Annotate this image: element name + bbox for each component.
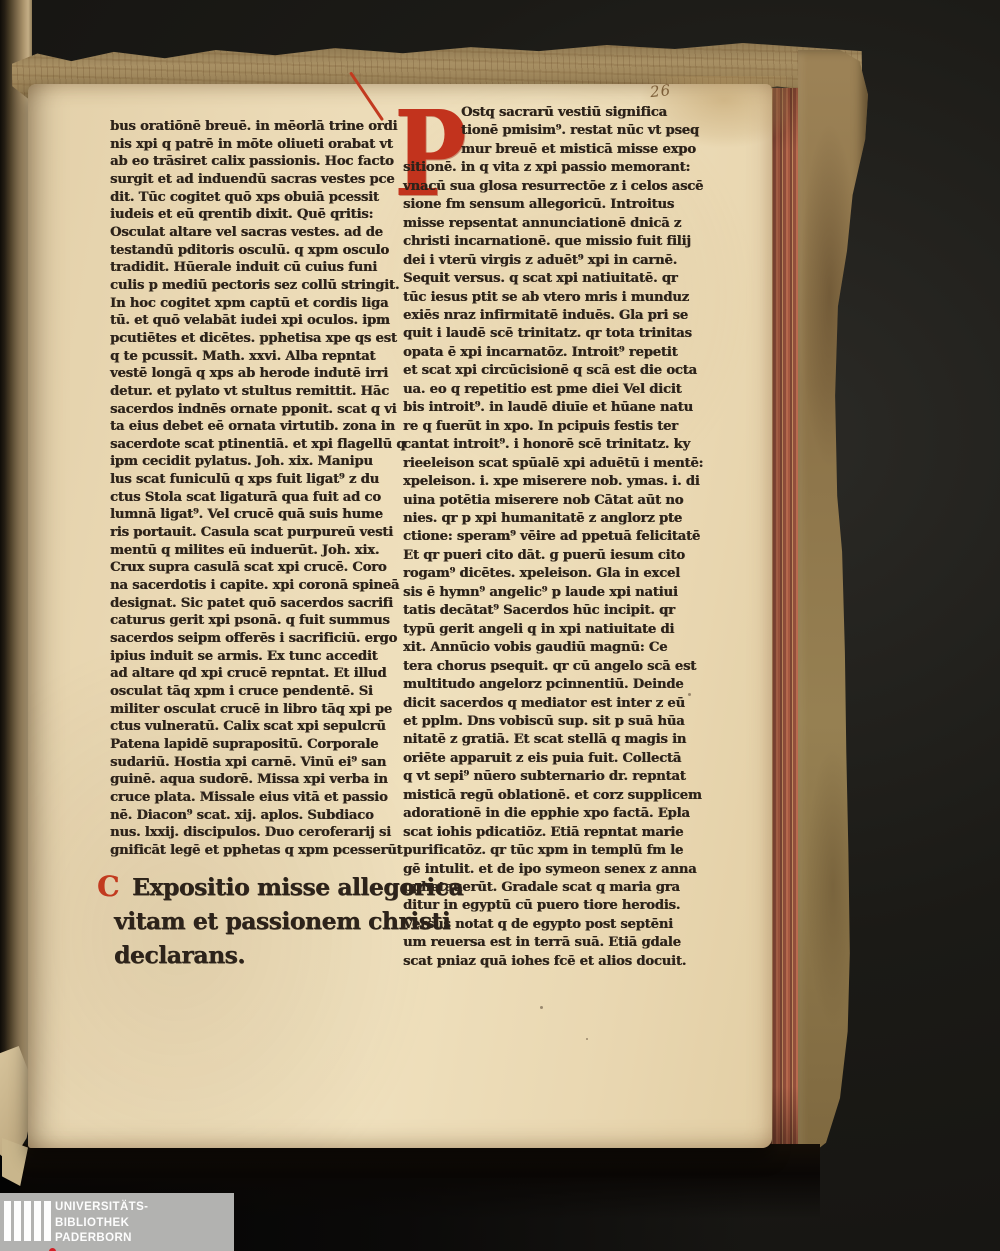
text-line: detur. et pylato vt stultus remittit. Hā… (110, 383, 410, 401)
capitulum-mark: C (97, 873, 119, 901)
text-line: tradidit. Hūerale induit cū cuius funi (110, 259, 410, 277)
text-line: exiēs nraz infirmitatē induēs. Gla pri s… (403, 307, 703, 325)
text-line: nies. qr p xpi humanitatē z anglorz pte (403, 510, 703, 528)
text-line: Et qr pueri cito dāt. g puerū iesum cito (403, 547, 703, 565)
text-line: tūc iesus ptit se ab vtero mris i munduz (403, 289, 703, 307)
text-line: ditur in egyptū cū puero tiore herodis. (403, 897, 703, 915)
text-line: re q fuerūt in xpo. In pcipuis festis te… (403, 418, 703, 436)
text-line: uina potētia miserere nob Cātat aūt no (403, 492, 703, 510)
text-line: mur breuē et misticā misse expo (461, 141, 703, 159)
text-line: xit. Annūcio vobis gaudiū magnū: Ce (403, 639, 703, 657)
text-line: misse repsentat annunciationē dnicā z (403, 215, 703, 233)
text-line: sis ē hymn⁹ angelic⁹ p laude xpi natiui (403, 584, 703, 602)
text-line: quit i laudē scē trinitatz. qr tota trin… (403, 325, 703, 343)
text-line: rogam⁹ dicētes. xpeleison. Gla in excel (403, 565, 703, 583)
logo-bars-icon (4, 1201, 56, 1251)
text-line: adorationē in die epphie xpo factā. Epla (403, 805, 703, 823)
text-line: Patena lapidē suprapositū. Corporale (110, 736, 410, 754)
text-line: guinē. aqua sudorē. Missa xpi verba in (110, 771, 410, 789)
text-line: vestē longā q xps ab herode indutē irri (110, 365, 410, 383)
text-line: gnificāt legē et pphetas q xpm pcesserūt (110, 842, 410, 860)
logo-bar (4, 1201, 11, 1241)
text-line: ctus Stola scat ligaturā qua fuit ad co (110, 489, 410, 507)
text-line: mentū q milites eū induerūt. Joh. xix. (110, 542, 410, 560)
text-line: ctione: speram⁹ vēire ad ppetuā felicita… (403, 528, 703, 546)
logo-bar (34, 1201, 41, 1241)
text-line: na sacerdotis i capite. xpi coronā spine… (110, 577, 410, 595)
text-line: ipius induit se armis. Ex tunc accedit (110, 648, 410, 666)
text-line: nus. lxxij. discipulos. Duo ceroferarij … (110, 824, 410, 842)
text-line: sione fm sensum allegoricū. Introitus (403, 196, 703, 214)
text-line: Crux supra casulā scat xpi crucē. Coro (110, 559, 410, 577)
text-line: rieeleison scat spūalē xpi aduētū i ment… (403, 455, 703, 473)
heading-line: declarans. (114, 938, 444, 972)
text-line: typū gerit angeli q in xpi natiuitate di (403, 621, 703, 639)
text-line: et pplm. Dns vobiscū sup. sit p suā hūa (403, 713, 703, 731)
text-line: Osculat altare vel sacras vestes. ad de (110, 224, 410, 242)
text-line: multitudo angelorz pcinnentiū. Deinde (403, 676, 703, 694)
text-line: iudeis et eū qrentib dixit. Quē qritis: (110, 206, 410, 224)
text-line: xpeleison. i. xpe miserere nob. ymas. i.… (403, 473, 703, 491)
text-line: bis introit⁹. in laudē diuīe et hūane na… (403, 399, 703, 417)
heading-lines: Expositio misse allegoricavitam et passi… (114, 870, 444, 972)
logo-text-line: PADERBORN (55, 1231, 230, 1247)
text-line: dei i vterū virgis z aduēt⁹ xpi in carnē… (403, 252, 703, 270)
text-line: culis p mediū pectoris sez collū stringi… (110, 277, 410, 295)
right-text-column: Ostq sacrarū vestiū significationē pmisi… (403, 104, 703, 971)
text-line: osculat tāq xpm i cruce pendentē. Si (110, 683, 410, 701)
book-page: 26 bus oratiōnē breuē. in mēorlā trine o… (28, 84, 772, 1148)
text-line: tatis decātat⁹ Sacerdos hūc incipit. qr (403, 602, 703, 620)
text-line: sacerdos seipm offerēs i sacrificiū. erg… (110, 630, 410, 648)
text-line: bus oratiōnē breuē. in mēorlā trine ordi (110, 118, 410, 136)
text-line: pphetauerūt. Gradale scat q maria gra (403, 879, 703, 897)
logo-text-line: BIBLIOTHEK (55, 1216, 230, 1232)
text-line: ad altare qd xpi crucē repntat. Et illud (110, 665, 410, 683)
text-line: militer osculat crucē in libro tāq xpi p… (110, 701, 410, 719)
text-line: q vt sepi⁹ nūero subternario dr. repntat (403, 768, 703, 786)
ink-speck (586, 1038, 588, 1040)
text-line: ipm cecidit pylatus. Joh. xix. Manipu (110, 453, 410, 471)
text-line: Sequit versus. q scat xpi natiuitatē. qr (403, 270, 703, 288)
logo-text-line: UNIVERSITÄTS- (55, 1200, 230, 1216)
text-line: sudariū. Hostia xpi carnē. Vinū ei⁹ san (110, 754, 410, 772)
library-logo: UNIVERSITÄTS-BIBLIOTHEKPADERBORN (0, 1193, 234, 1251)
text-line: pcutiētes et dicētes. pphetisa xpe qs es… (110, 330, 410, 348)
logo-bar (14, 1201, 21, 1241)
text-line: tera chorus psequit. qr cū angelo scā es… (403, 658, 703, 676)
text-line: surgit et ad induendū sacras vestes pce (110, 171, 410, 189)
text-line: tionē pmisim⁹. restat nūc vt pseq (461, 122, 703, 140)
text-line: nitatē z gratiā. Et scat stellā q magis … (403, 731, 703, 749)
logo-bar (24, 1201, 31, 1241)
text-line: Versus notat q de egypto post septēni (403, 916, 703, 934)
text-line: sitionē. in q vita z xpi passio memorant… (403, 159, 703, 177)
text-line: ta eius debet eē ornata virtutib. zona i… (110, 418, 410, 436)
text-line: tū. et quō velabāt iudei xpi oculos. ipm (110, 312, 410, 330)
photo-stage: 26 bus oratiōnē breuē. in mēorlā trine o… (0, 0, 1000, 1251)
text-line: designat. Sic patet quō sacerdos sacrifi (110, 595, 410, 613)
text-line: nis xpi q patrē in mōte oliueti orabat v… (110, 136, 410, 154)
ink-speck (540, 1006, 543, 1009)
text-line: misticā regū oblationē. et corz supplice… (403, 787, 703, 805)
text-line: cantat introit⁹. i honorē scē trinitatz.… (403, 436, 703, 454)
text-line: ris portauit. Casula scat purpureū vesti (110, 524, 410, 542)
text-line: et scat xpi circūcisionē q scā est die o… (403, 362, 703, 380)
parchment-cover-right-flap (798, 50, 868, 1165)
text-line: q te pcussit. Math. xxvi. Alba repntat (110, 348, 410, 366)
folio-number: 26 (649, 81, 672, 101)
text-line: um reuersa est in terrā suā. Etiā gdale (403, 934, 703, 952)
text-line: ua. eo q repetitio est pme diei Vel dici… (403, 381, 703, 399)
heading-line: Expositio misse allegorica (114, 870, 444, 904)
text-line: dicit sacerdos q mediator est inter z eū (403, 695, 703, 713)
logo-bar (44, 1201, 51, 1241)
text-line: sacerdos indnēs ornate pponit. scat q vi (110, 401, 410, 419)
text-line: dit. Tūc cogitet quō xps obuiā pcessit (110, 189, 410, 207)
text-line: ctus vulneratū. Calix scat xpi sepulcrū (110, 718, 410, 736)
text-line: christi incarnationē. que missio fuit fi… (403, 233, 703, 251)
text-line: oriēte apparuit z eis puia fuit. Collect… (403, 750, 703, 768)
text-line: lumnā ligat⁹. Vel crucē quā suis hume (110, 506, 410, 524)
text-line: purificatōz. qr tūc xpm in templū fm le (403, 842, 703, 860)
text-line: Ostq sacrarū vestiū significa (461, 104, 703, 122)
text-line: scat pniaz quā iohes fcē et alios docuit… (403, 953, 703, 971)
text-line: nē. Diacon⁹ scat. xij. aplos. Subdiaco (110, 807, 410, 825)
section-heading: C Expositio misse allegoricavitam et pas… (114, 870, 444, 972)
text-line: lus scat funiculū q xps fuit ligat⁹ z du (110, 471, 410, 489)
text-line: testandū pditoris osculū. q xpm osculo (110, 242, 410, 260)
heading-line: vitam et passionem christi (114, 904, 444, 938)
text-line: In hoc cogitet xpm captū et cordis liga (110, 295, 410, 313)
text-line: ab eo trāsiret calix passionis. Hoc fact… (110, 153, 410, 171)
text-line: scat iohis pdicatiōz. Etiā repntat marie (403, 824, 703, 842)
text-line: vnacū sua glosa resurrectōe z i celos as… (403, 178, 703, 196)
text-line: opata ē xpi incarnatōz. Introit⁹ repetit (403, 344, 703, 362)
text-line: cruce plata. Missale eius vitā et passio (110, 789, 410, 807)
text-line: caturus gerit xpi psonā. q fuit summus (110, 612, 410, 630)
logo-text: UNIVERSITÄTS-BIBLIOTHEKPADERBORN (55, 1200, 230, 1247)
text-line: gē intulit. et de ipo symeon senex z ann… (403, 861, 703, 879)
text-line: sacerdote scat ptinentiā. et xpi flagell… (110, 436, 410, 454)
left-text-column: bus oratiōnē breuē. in mēorlā trine ordi… (110, 118, 410, 860)
